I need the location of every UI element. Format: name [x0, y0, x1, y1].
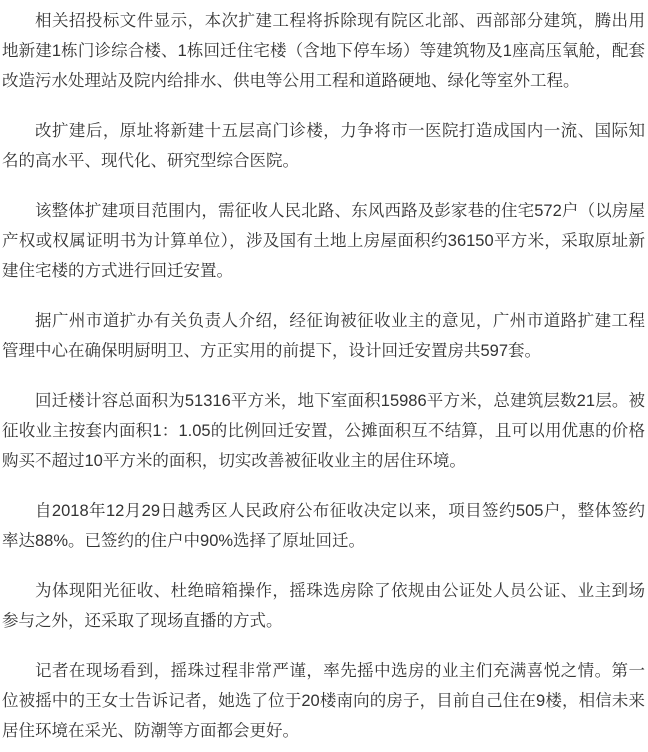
article-paragraph-3: 该整体扩建项目范围内，需征收人民北路、东风西路及彭家巷的住宅572户（以房屋产权… — [2, 196, 645, 286]
article-paragraph-8: 记者在现场看到，摇珠过程非常严谨，率先摇中选房的业主们充满喜悦之情。第一位被摇中… — [2, 656, 645, 746]
article-paragraph-4: 据广州市道扩办有关负责人介绍，经征询被征收业主的意见，广州市道路扩建工程管理中心… — [2, 306, 645, 366]
article-paragraph-2: 改扩建后，原址将新建十五层高门诊楼，力争将市一医院打造成国内一流、国际知名的高水… — [2, 116, 645, 176]
article-paragraph-1: 相关招投标文件显示，本次扩建工程将拆除现有院区北部、西部部分建筑，腾出用地新建1… — [2, 6, 645, 96]
article-paragraph-7: 为体现阳光征收、杜绝暗箱操作，摇珠选房除了依规由公证处人员公证、业主到场参与之外… — [2, 576, 645, 636]
article-body: 相关招投标文件显示，本次扩建工程将拆除现有院区北部、西部部分建筑，腾出用地新建1… — [0, 0, 648, 746]
article-paragraph-5: 回迁楼计容总面积为51316平方米，地下室面积15986平方米，总建筑层数21层… — [2, 386, 645, 476]
article-paragraph-6: 自2018年12月29日越秀区人民政府公布征收决定以来，项目签约505户，整体签… — [2, 496, 645, 556]
